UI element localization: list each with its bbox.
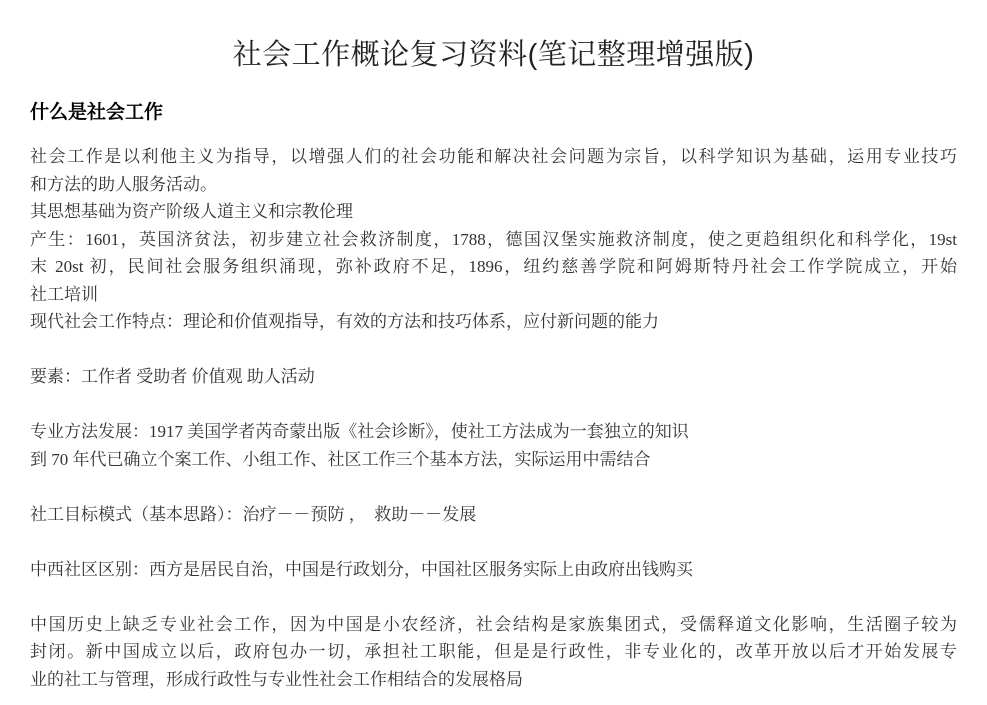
section-heading: 什么是社会工作: [30, 101, 987, 125]
text-line: 业的社工与管理，形成行政性与专业性社会工作相结合的发展格局: [30, 666, 957, 694]
body-text: 社会工作是以利他主义为指导，以增强人们的社会功能和解决社会问题为宗旨，以科学知识…: [30, 143, 957, 693]
text-line: 社工培训: [30, 281, 957, 309]
document-page: 社会工作概论复习资料(笔记整理增强版) 什么是社会工作 社会工作是以利他主义为指…: [0, 0, 987, 705]
text-line: 其思想基础为资产阶级人道主义和宗教伦理: [30, 198, 957, 226]
text-line: 要素：工作者 受助者 价值观 助人活动: [30, 363, 957, 391]
text-line: 封闭。新中国成立以后，政府包办一切，承担社工职能，但是是行政性，非专业化的，改革…: [30, 638, 957, 666]
text-line: 中国历史上缺乏专业社会工作，因为中国是小农经济，社会结构是家族集团式，受儒释道文…: [30, 611, 957, 639]
text-line: 现代社会工作特点：理论和价值观指导，有效的方法和技巧体系，应付新问题的能力: [30, 308, 957, 336]
blank-line: [30, 528, 957, 556]
blank-line: [30, 473, 957, 501]
blank-line: [30, 336, 957, 364]
text-line: 和方法的助人服务活动。: [30, 171, 957, 199]
text-line: 社工目标模式（基本思路）：治疗－－预防 ， 救助－－发展: [30, 501, 957, 529]
text-line: 专业方法发展：1917 美国学者芮奇蒙出版《社会诊断》，使社工方法成为一套独立的…: [30, 418, 957, 446]
text-line: 产生：1601，英国济贫法，初步建立社会救济制度，1788，德国汉堡实施救济制度…: [30, 226, 957, 254]
text-line: 到 70 年代已确立个案工作、小组工作、社区工作三个基本方法，实际运用中需结合: [30, 446, 957, 474]
text-line: 末 20st 初，民间社会服务组织涌现，弥补政府不足，1896，纽约慈善学院和阿…: [30, 253, 957, 281]
blank-line: [30, 583, 957, 611]
text-line: 社会工作是以利他主义为指导，以增强人们的社会功能和解决社会问题为宗旨，以科学知识…: [30, 143, 957, 171]
blank-line: [30, 391, 957, 419]
text-line: 中西社区区别：西方是居民自治，中国是行政划分，中国社区服务实际上由政府出钱购买: [30, 556, 957, 584]
document-title: 社会工作概论复习资料(笔记整理增强版): [0, 0, 987, 72]
